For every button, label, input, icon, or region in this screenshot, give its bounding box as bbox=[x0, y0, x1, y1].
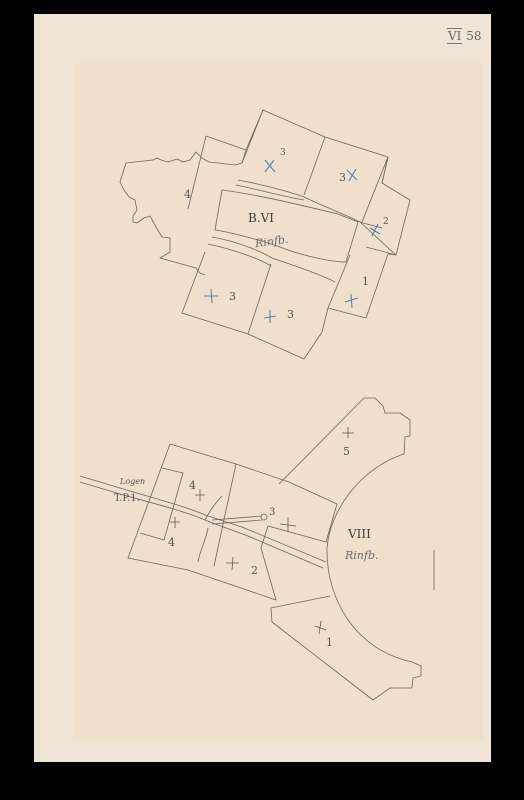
lower-room-label: VIII bbox=[348, 528, 371, 540]
upper-bottom-right-number: 3 bbox=[287, 309, 294, 320]
upper-room-label: B.VI bbox=[248, 212, 274, 224]
lower-annotation-logen: Logen bbox=[120, 478, 145, 486]
upper-right-lower-number: 1 bbox=[362, 276, 369, 287]
lower-center-upper-number: 3 bbox=[269, 508, 275, 518]
lower-bottom-small-number: 4 bbox=[168, 537, 175, 548]
upper-top-left-number: 3 bbox=[280, 149, 286, 158]
drawing-lines bbox=[0, 0, 524, 800]
lower-room-caption: Rinfb. bbox=[345, 550, 379, 561]
upper-top-right-number: 3 bbox=[339, 172, 346, 183]
lower-right-lower-number: 1 bbox=[326, 637, 333, 648]
upper-left-wing-number: 4 bbox=[184, 189, 191, 200]
lower-annotation-tp: T.P.1. bbox=[114, 494, 140, 504]
lower-top-small-number: 4 bbox=[189, 480, 196, 491]
upper-right-small-number: 2 bbox=[383, 218, 389, 227]
upper-bottom-left-number: 3 bbox=[229, 291, 236, 302]
lower-right-upper-number: 5 bbox=[343, 446, 350, 457]
lower-center-lower-number: 2 bbox=[251, 565, 258, 576]
